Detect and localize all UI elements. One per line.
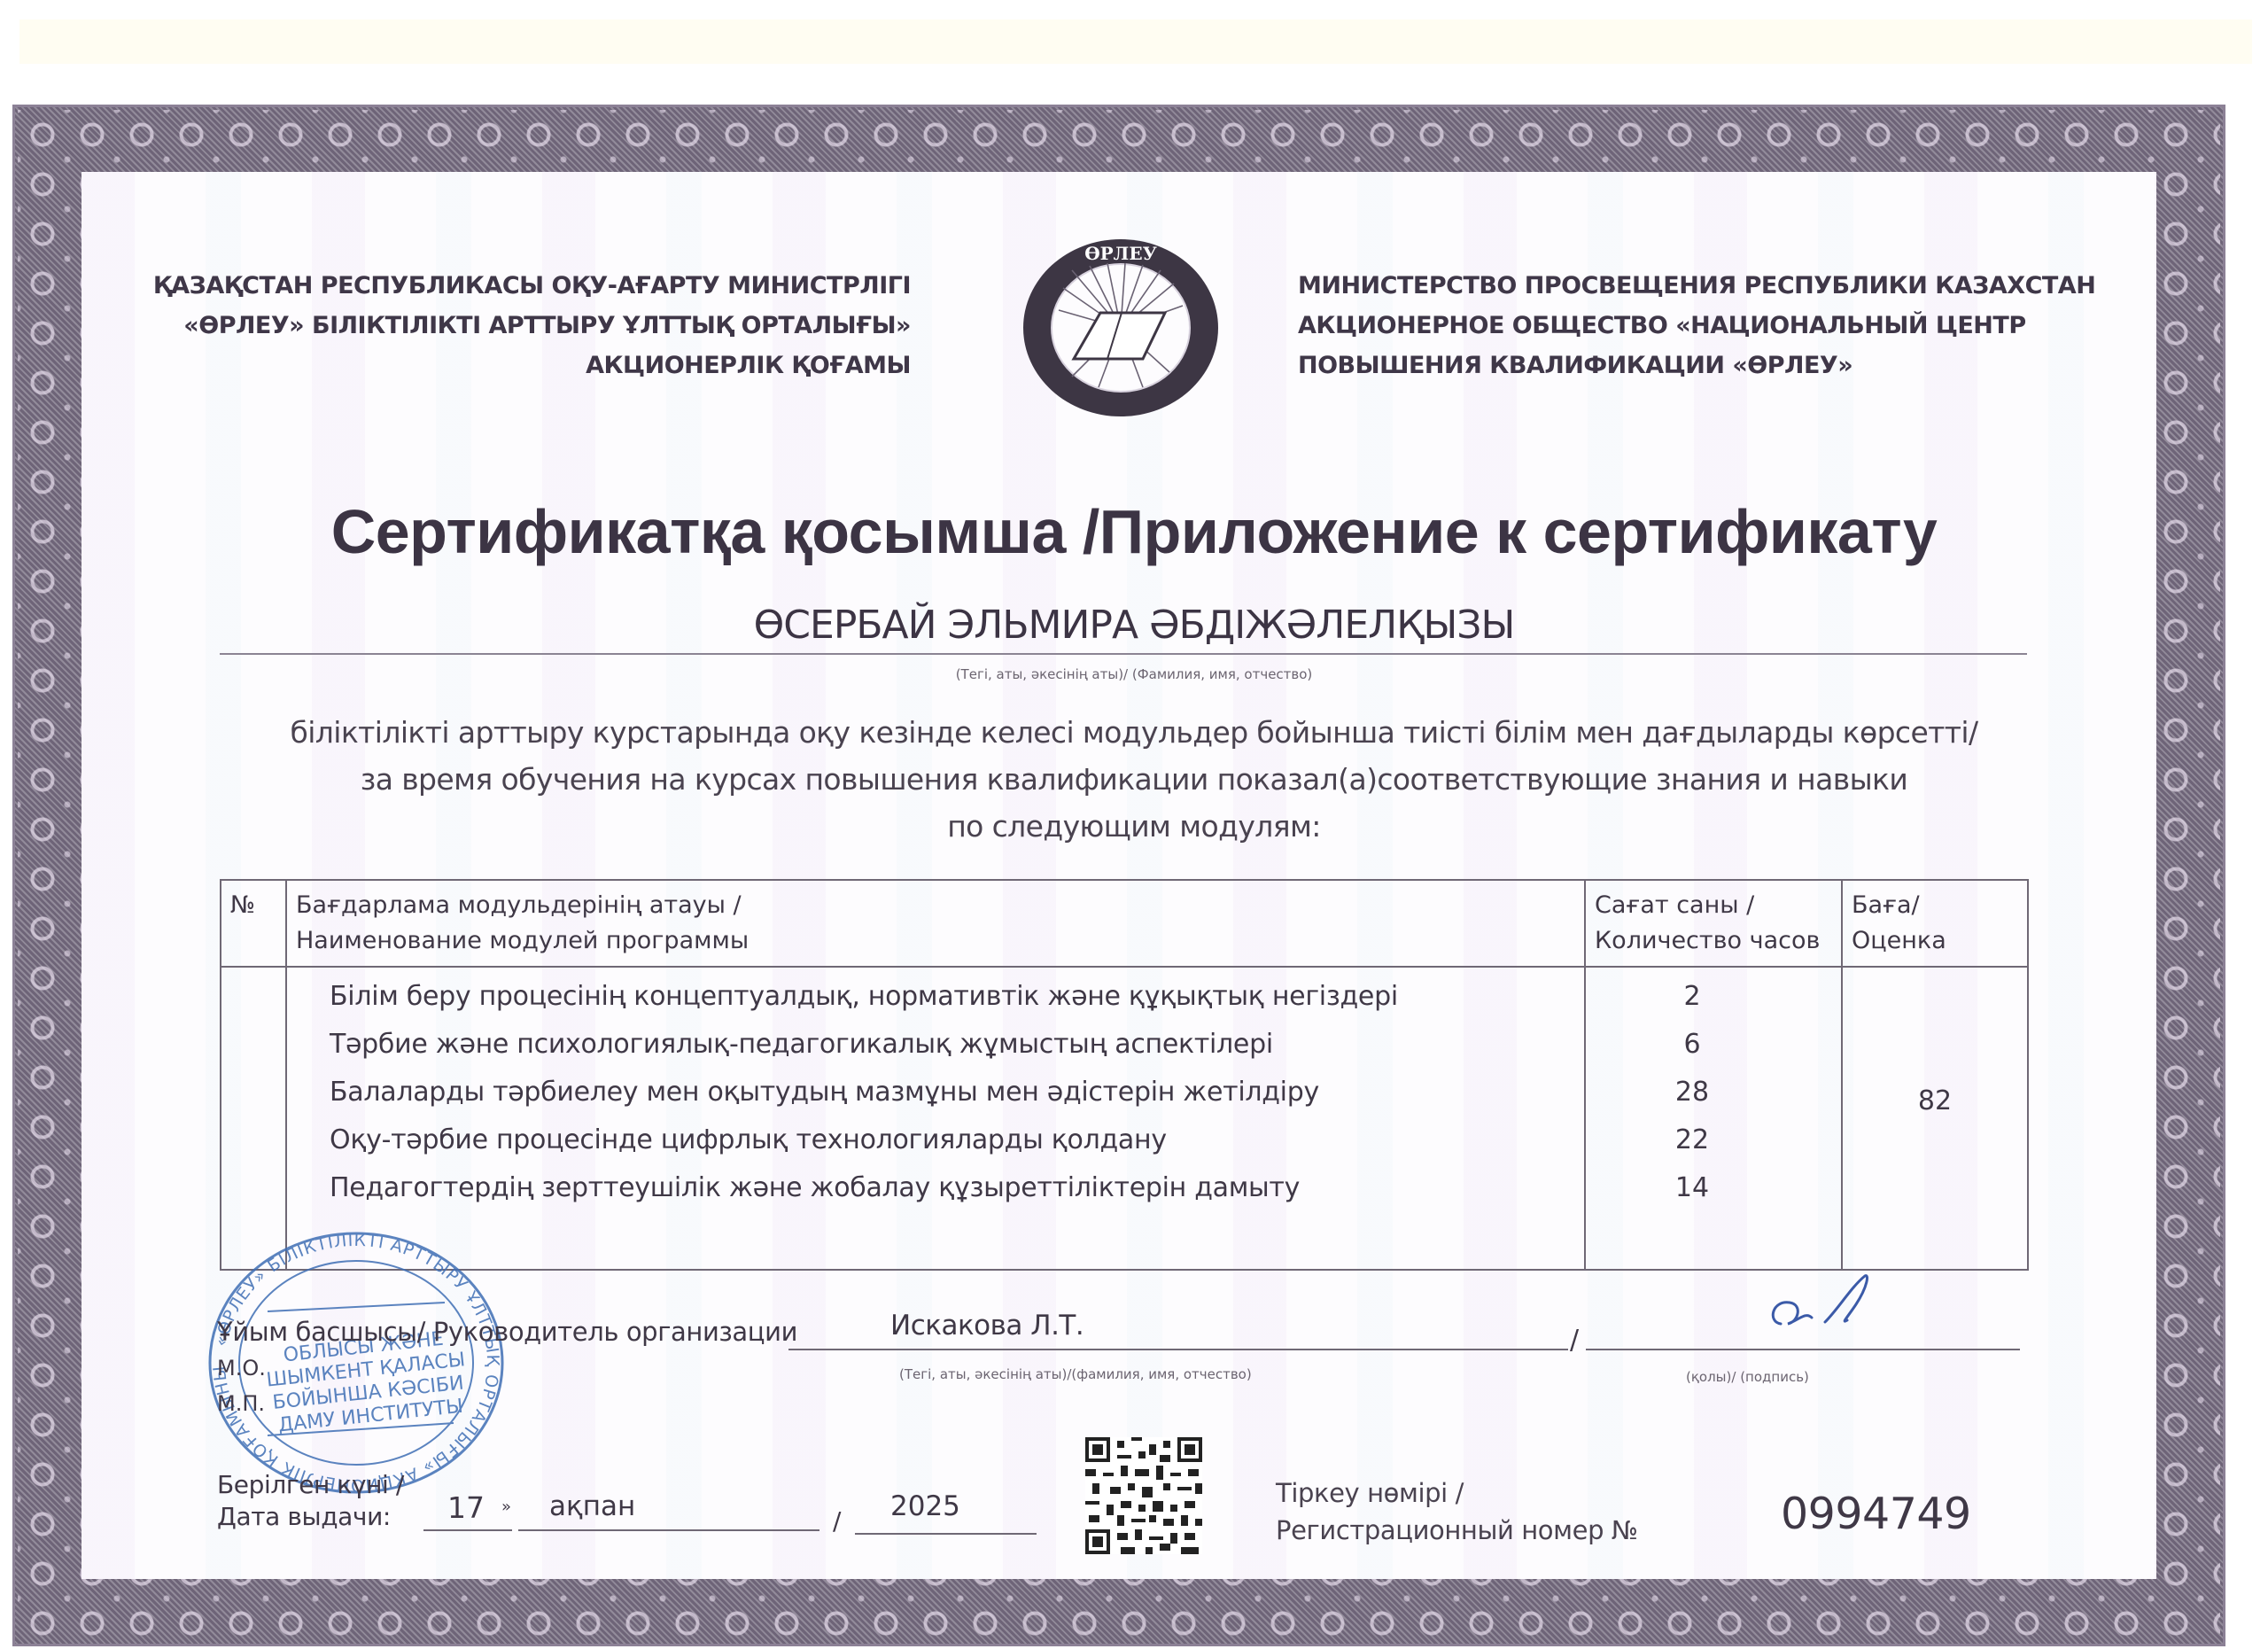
name-signature-line xyxy=(788,1349,1568,1350)
header-number: № xyxy=(221,880,286,967)
signature-caption: (қолы)/ (подпись) xyxy=(1686,1369,1809,1385)
issue-date-label-ru: Дата выдачи: xyxy=(217,1501,404,1533)
recipient-name-caption: (Тегі, аты, әкесінің аты)/ (Фамилия, имя… xyxy=(0,666,2268,682)
header-ru-line: АКЦИОНЕРНОЕ ОБЩЕСТВО «НАЦИОНАЛЬНЫЙ ЦЕНТР xyxy=(1298,306,2095,346)
header-grade-kz: Баға/ xyxy=(1852,888,2018,923)
signature-line xyxy=(1586,1349,2020,1350)
header-grade: Баға/ Оценка xyxy=(1842,880,2028,967)
modules-table: № Бағдарлама модульдерінің атауы / Наиме… xyxy=(220,879,2029,1271)
hours-cell: 2 6 28 22 14 xyxy=(1585,967,1842,1270)
date-separator: / xyxy=(833,1506,841,1536)
head-of-organization-name: Искакова Л.Т. xyxy=(890,1310,1084,1342)
module-name: Оқу-тәрбие процесінде цифрлық технология… xyxy=(241,1116,1584,1164)
header-module-ru: Наименование модулей программы xyxy=(296,923,1575,959)
header-module-kz: Бағдарлама модульдерінің атауы / xyxy=(296,888,1575,923)
issue-date-label: Берілген күні / Дата выдачи: xyxy=(217,1469,404,1533)
head-name-caption: (Тегі, аты, әкесінің аты)/(фамилия, имя,… xyxy=(899,1366,1252,1382)
header-hours: Сағат саны / Количество часов xyxy=(1585,880,1842,967)
module-name: Балаларды тәрбиелеу мен оқытудың мазмұны… xyxy=(241,1069,1584,1116)
orleu-logo-icon: ӨРЛЕУ xyxy=(1019,235,1223,421)
module-hours: 2 xyxy=(1586,973,1841,1021)
module-hours: 22 xyxy=(1586,1116,1841,1164)
registration-number: 0994749 xyxy=(1781,1489,1971,1539)
intro-line: за время обучения на курсах повышения кв… xyxy=(0,756,2268,803)
registration-label: Тіркеу нөмірі / Регистрационный номер № xyxy=(1276,1474,1638,1549)
seal-place-kz: М.О. xyxy=(217,1356,266,1381)
signature-separator: / xyxy=(1570,1325,1579,1356)
seal-place-ru: М.П. xyxy=(217,1391,265,1416)
date-quote-mark: » xyxy=(501,1497,511,1516)
qr-code-icon[interactable] xyxy=(1085,1437,1202,1554)
module-hours: 14 xyxy=(1586,1164,1841,1212)
document-title: Сертификатқа қосымша /Приложение к серти… xyxy=(0,496,2268,567)
year-underline xyxy=(855,1533,1037,1535)
certificate-content: ҚАЗАҚСТАН РЕСПУБЛИКАСЫ ОҚУ-АҒАРТУ МИНИСТ… xyxy=(0,0,2268,1649)
intro-line: по следующим модулям: xyxy=(0,803,2268,850)
intro-line: біліктілікті арттыру курстарында оқу кез… xyxy=(0,709,2268,756)
intro-text: біліктілікті арттыру курстарында оқу кез… xyxy=(0,709,2268,850)
header-ru-line: МИНИСТЕРСТВО ПРОСВЕЩЕНИЯ РЕСПУБЛИКИ КАЗА… xyxy=(1298,266,2095,306)
header-hours-kz: Сағат саны / xyxy=(1595,888,1832,923)
header-hours-ru: Количество часов xyxy=(1595,923,1832,959)
issue-day: 17 xyxy=(447,1490,485,1525)
header-kz-line: «ӨРЛЕУ» БІЛІКТІЛІКТІ АРТТЫРУ ҰЛТТЫҚ ОРТА… xyxy=(153,306,911,346)
table-header-row: № Бағдарлама модульдерінің атауы / Наиме… xyxy=(221,880,2028,967)
table-body-row: Білім беру процесінің концептуалдық, нор… xyxy=(221,967,2028,1270)
module-name: Тәрбие және психологиялық-педагогикалық … xyxy=(241,1021,1584,1069)
grade-value: 82 xyxy=(1842,967,2028,1270)
header-russian: МИНИСТЕРСТВО ПРОСВЕЩЕНИЯ РЕСПУБЛИКИ КАЗА… xyxy=(1298,266,2095,385)
registration-label-ru: Регистрационный номер № xyxy=(1276,1512,1638,1549)
module-hours: 28 xyxy=(1586,1069,1841,1116)
head-of-organization-label: Ұйым басшысы/ Руководитель организации xyxy=(217,1317,797,1347)
name-underline xyxy=(220,653,2027,655)
header-grade-ru: Оценка xyxy=(1852,923,2018,959)
month-underline xyxy=(518,1529,819,1531)
header-module: Бағдарлама модульдерінің атауы / Наимено… xyxy=(286,880,1585,967)
module-name: Педагогтердің зерттеушілік және жобалау … xyxy=(241,1164,1584,1212)
svg-text:ӨРЛЕУ: ӨРЛЕУ xyxy=(1084,243,1157,264)
module-name: Білім беру процесінің концептуалдық, нор… xyxy=(241,973,1584,1021)
recipient-name: ӨСЕРБАЙ ЭЛЬМИРА ӘБДІЖӘЛЕЛҚЫЗЫ xyxy=(0,603,2268,648)
issue-month: ақпан xyxy=(549,1490,635,1522)
header-kz-line: ҚАЗАҚСТАН РЕСПУБЛИКАСЫ ОҚУ-АҒАРТУ МИНИСТ… xyxy=(153,266,911,306)
modules-cell: Білім беру процесінің концептуалдық, нор… xyxy=(286,967,1585,1270)
header-kz-line: АКЦИОНЕРЛІК ҚОҒАМЫ xyxy=(153,346,911,385)
module-hours: 6 xyxy=(1586,1021,1841,1069)
handwritten-signature-icon xyxy=(1763,1269,1896,1340)
registration-label-kz: Тіркеу нөмірі / xyxy=(1276,1474,1638,1512)
issue-date-label-kz: Берілген күні / xyxy=(217,1469,404,1501)
header-ru-line: ПОВЫШЕНИЯ КВАЛИФИКАЦИИ «ӨРЛЕУ» xyxy=(1298,346,2095,385)
issue-year: 2025 xyxy=(890,1490,960,1522)
header-kazakh: ҚАЗАҚСТАН РЕСПУБЛИКАСЫ ОҚУ-АҒАРТУ МИНИСТ… xyxy=(153,266,911,385)
day-underline xyxy=(423,1529,512,1531)
